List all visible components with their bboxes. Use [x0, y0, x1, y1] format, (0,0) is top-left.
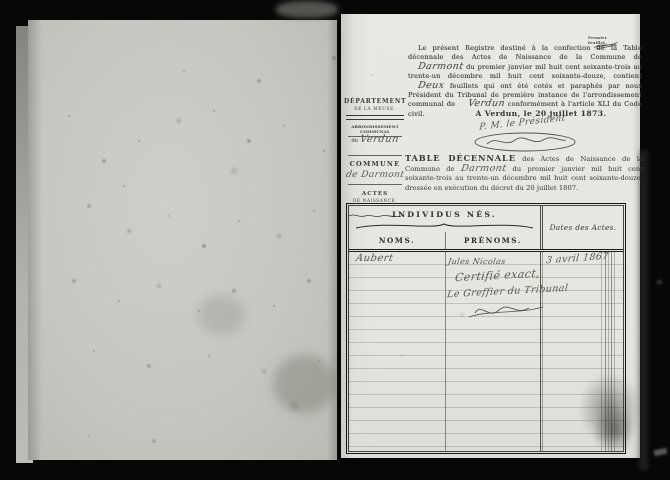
handwritten-commune-margin: de Darmont — [346, 173, 405, 177]
edge-mark — [657, 280, 662, 284]
handwritten-feuillet-count: Deux — [408, 84, 445, 88]
preamble-text: Le présent Registre destiné à la confect… — [408, 44, 642, 61]
ink-smudge — [593, 406, 635, 454]
register-scan: Premier feuillet. Le présent Registre de… — [0, 0, 670, 480]
double-rule — [346, 115, 404, 120]
foxing-speckles — [341, 14, 343, 16]
de-word: de — [351, 138, 358, 144]
certification-line1: Certifié exact, — [454, 267, 541, 285]
paper-stain — [273, 355, 335, 413]
page-edge-shadow — [639, 150, 648, 470]
departement-label: DÉPARTEMENT — [344, 98, 406, 105]
col-header-noms: NOMS. — [349, 236, 445, 245]
table-title-heading: TABLE DÉCENNALE — [405, 153, 516, 163]
entry-prenoms: Jules Nicolas — [447, 257, 506, 266]
departement-value: DE LA MEUSE. — [344, 107, 406, 112]
handwritten-commune: Darmont — [408, 65, 464, 69]
rule — [348, 184, 402, 185]
president-signature-flourish — [469, 129, 581, 155]
entry-nom: Aubert — [355, 253, 394, 264]
paper-stain — [198, 295, 244, 335]
preamble-paragraph: Le présent Registre destiné à la confect… — [408, 44, 642, 119]
commune-label: COMMUNE — [344, 160, 406, 168]
certification-line2: Le Greffier du Tribunal — [446, 283, 569, 300]
greffier-signature-flourish — [467, 299, 547, 323]
foxing-speckles — [28, 20, 30, 22]
arrondissement-label: ARRONDISSEMENT COMMUNAL — [344, 124, 406, 134]
entry-date: 3 avril 1867 — [545, 251, 609, 266]
edge-mark — [654, 448, 668, 457]
col-header-prenoms: PRÉNOMS. — [445, 232, 540, 249]
individus-group-cell: INDIVIDUS NÉS. NOMS. PRÉNOMS. — [349, 206, 543, 249]
brace-ornament — [353, 222, 536, 230]
column-divider — [540, 252, 541, 451]
rule — [348, 155, 402, 156]
gutter-blur-artifact — [276, 1, 338, 18]
col-header-dates: Dates des Actes. — [543, 206, 623, 249]
left-blank-page — [28, 20, 337, 460]
table-title-paragraph: TABLE DÉCENNALE des Actes de Naissance d… — [405, 154, 643, 193]
handwritten-arrondissement: Verdun — [360, 138, 399, 142]
group-header: INDIVIDUS NÉS. — [349, 210, 540, 219]
handwritten-commune-title: Darmont — [460, 167, 506, 171]
right-printed-page: Premier feuillet. Le présent Registre de… — [341, 14, 640, 458]
actes-label: ACTES — [344, 191, 406, 197]
column-divider — [445, 252, 446, 451]
table-header: INDIVIDUS NÉS. NOMS. PRÉNOMS. Dates des … — [349, 206, 623, 252]
handwritten-ville: Verdun — [458, 102, 506, 106]
